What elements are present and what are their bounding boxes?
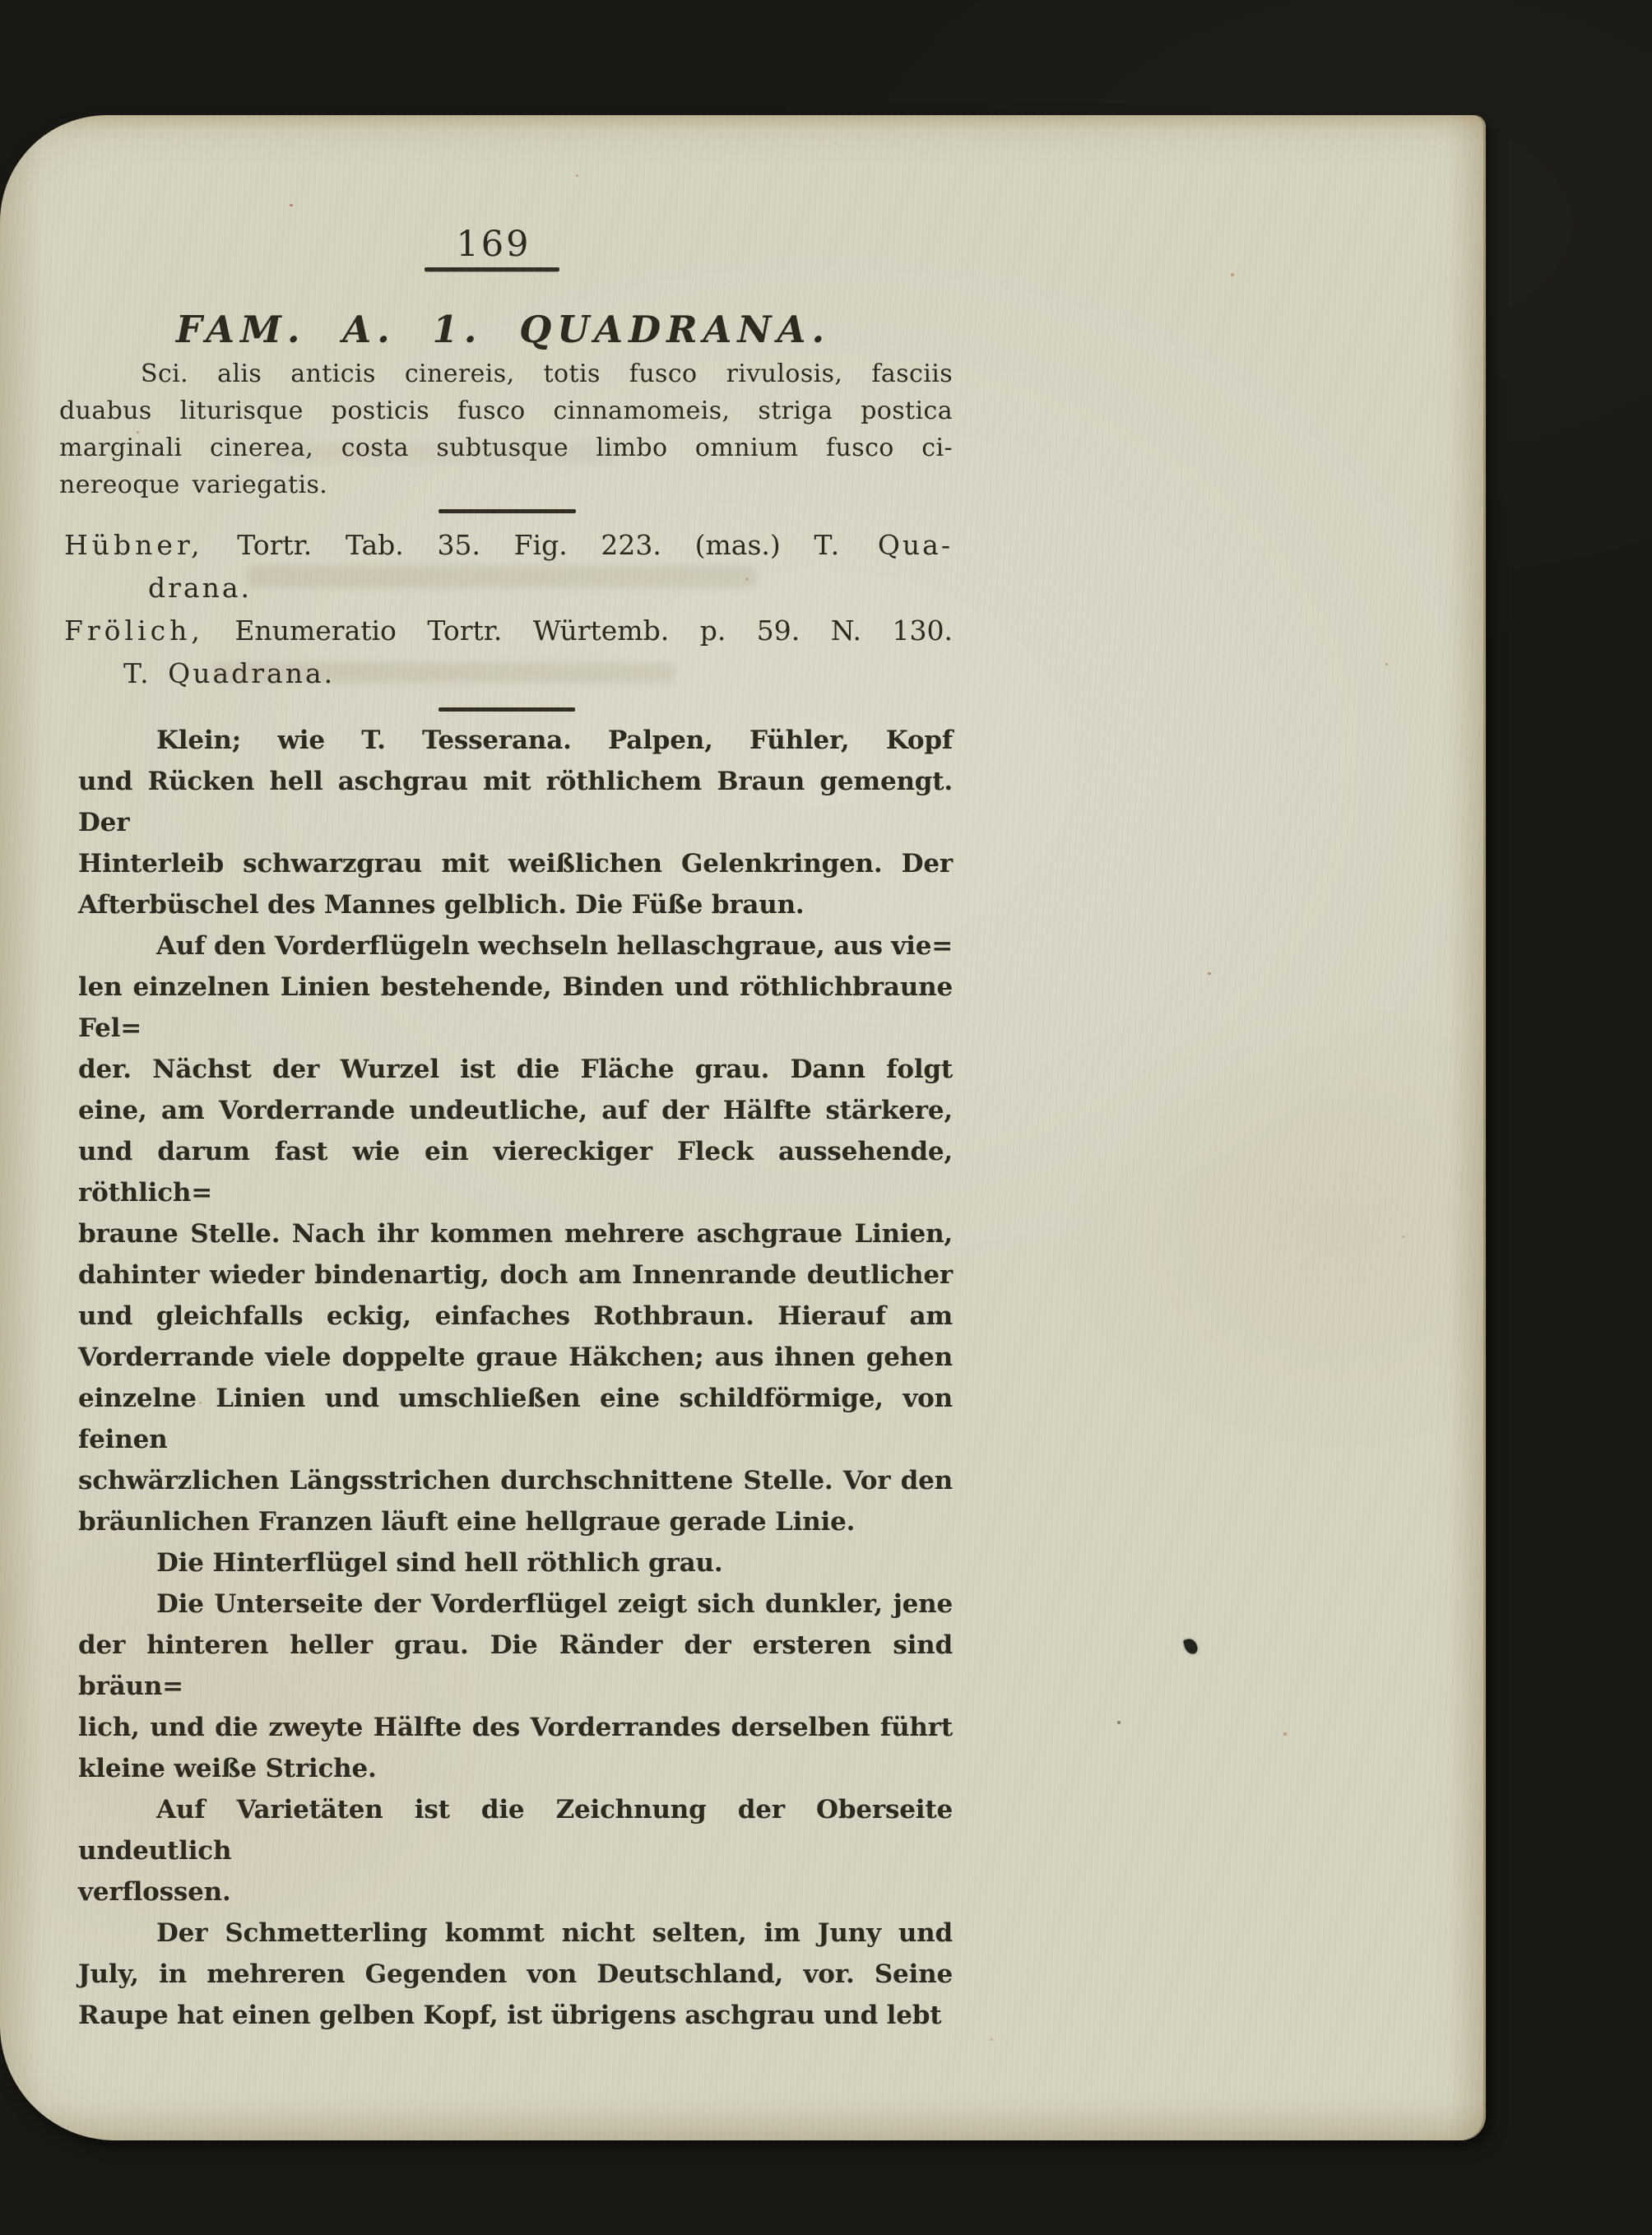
body-line: July, in mehreren Gegenden von Deutschla… xyxy=(78,1954,953,1995)
reference-line: Hübner, Tortr. Tab. 35. Fig. 223. (mas.)… xyxy=(64,524,953,567)
body-line: kleine weiße Striche. xyxy=(78,1748,953,1789)
body-line: und darum fast wie ein viereckiger Fleck… xyxy=(78,1131,953,1213)
reference-author: Frölich, xyxy=(64,614,204,647)
body-line: Auf Varietäten ist die Zeichnung der Obe… xyxy=(78,1789,953,1871)
latin-line: duabus liturisque posticis fusco cinnamo… xyxy=(59,392,953,429)
reference-author: Hübner, xyxy=(64,529,204,561)
body-line: Afterbüschel des Mannes gelblich. Die Fü… xyxy=(78,884,953,925)
body-line: der hinteren heller grau. Die Ränder der… xyxy=(78,1625,953,1707)
latin-diagnosis: Sci. alis anticis cinereis, totis fusco … xyxy=(59,355,953,503)
reference-line: drana. xyxy=(64,567,953,610)
body-line: dahinter wieder bindenartig, doch am Inn… xyxy=(78,1254,953,1296)
body-line: Hinterleib schwarzgrau mit weißlichen Ge… xyxy=(78,843,953,884)
body-line: bräunlichen Franzen läuft eine hellgraue… xyxy=(78,1501,953,1542)
page-number: 169 xyxy=(387,224,601,265)
body-line: und gleichfalls eckig, einfaches Rothbra… xyxy=(78,1296,953,1337)
body-line: einzelne Linien und umschließen eine sch… xyxy=(78,1378,953,1460)
latin-line: Sci. alis anticis cinereis, totis fusco … xyxy=(59,355,953,392)
reference-line: Frölich, Enumeratio Tortr. Würtemb. p. 5… xyxy=(64,610,953,652)
body-line: Raupe hat einen gelben Kopf, ist übrigen… xyxy=(78,1995,953,2036)
reference-species-cont: drana. xyxy=(148,572,252,604)
reference-citation: Enumeratio Tortr. Würtemb. p. 59. N. 130… xyxy=(234,614,953,647)
body-line: verflossen. xyxy=(78,1871,953,1913)
body-line: Vorderrande viele doppelte graue Häkchen… xyxy=(78,1337,953,1378)
reference-species-cont: T. Quadrana. xyxy=(123,657,335,689)
body-line: lich, und die zweyte Hälfte des Vorderra… xyxy=(78,1707,953,1748)
body-line: Der Schmetterling kommt nicht selten, im… xyxy=(78,1913,953,1954)
page-number-rule xyxy=(425,267,559,271)
latin-line: nereoque variegatis. xyxy=(59,466,953,503)
body-line: braune Stelle. Nach ihr kommen mehrere a… xyxy=(78,1213,953,1254)
body-line: schwärzlichen Längsstrichen durchschnitt… xyxy=(78,1460,953,1501)
reference-citation: Tortr. Tab. 35. Fig. 223. (mas.) xyxy=(237,529,780,561)
reference-list: Hübner, Tortr. Tab. 35. Fig. 223. (mas.)… xyxy=(64,524,953,695)
reference-species: T. Qua- xyxy=(814,529,953,561)
section-rule xyxy=(439,707,575,712)
body-line: Klein; wie T. Tesserana. Palpen, Fühler,… xyxy=(78,720,953,761)
latin-line: marginali cinerea, costa subtusque limbo… xyxy=(59,429,953,466)
body-line: Die Hinterflügel sind hell röthlich grau… xyxy=(78,1542,953,1584)
body-line: Die Unterseite der Vorderflügel zeigt si… xyxy=(78,1584,953,1625)
body-line: und Rücken hell aschgrau mit röthlichem … xyxy=(78,761,953,843)
family-heading: FAM. A. 1. QUADRANA. xyxy=(65,308,941,351)
section-rule xyxy=(439,509,576,513)
body-line: Auf den Vorderflügeln wechseln hellaschg… xyxy=(78,925,953,967)
description-body: Klein; wie T. Tesserana. Palpen, Fühler,… xyxy=(78,720,953,2036)
scanned-book-page: 169 FAM. A. 1. QUADRANA. Sci. alis antic… xyxy=(0,0,1652,2235)
body-line: len einzelnen Linien bestehende, Binden … xyxy=(78,967,953,1049)
body-line: der. Nächst der Wurzel ist die Fläche gr… xyxy=(78,1049,953,1090)
reference-line: T. Quadrana. xyxy=(64,652,953,695)
body-line: eine, am Vorderrande undeutliche, auf de… xyxy=(78,1090,953,1131)
